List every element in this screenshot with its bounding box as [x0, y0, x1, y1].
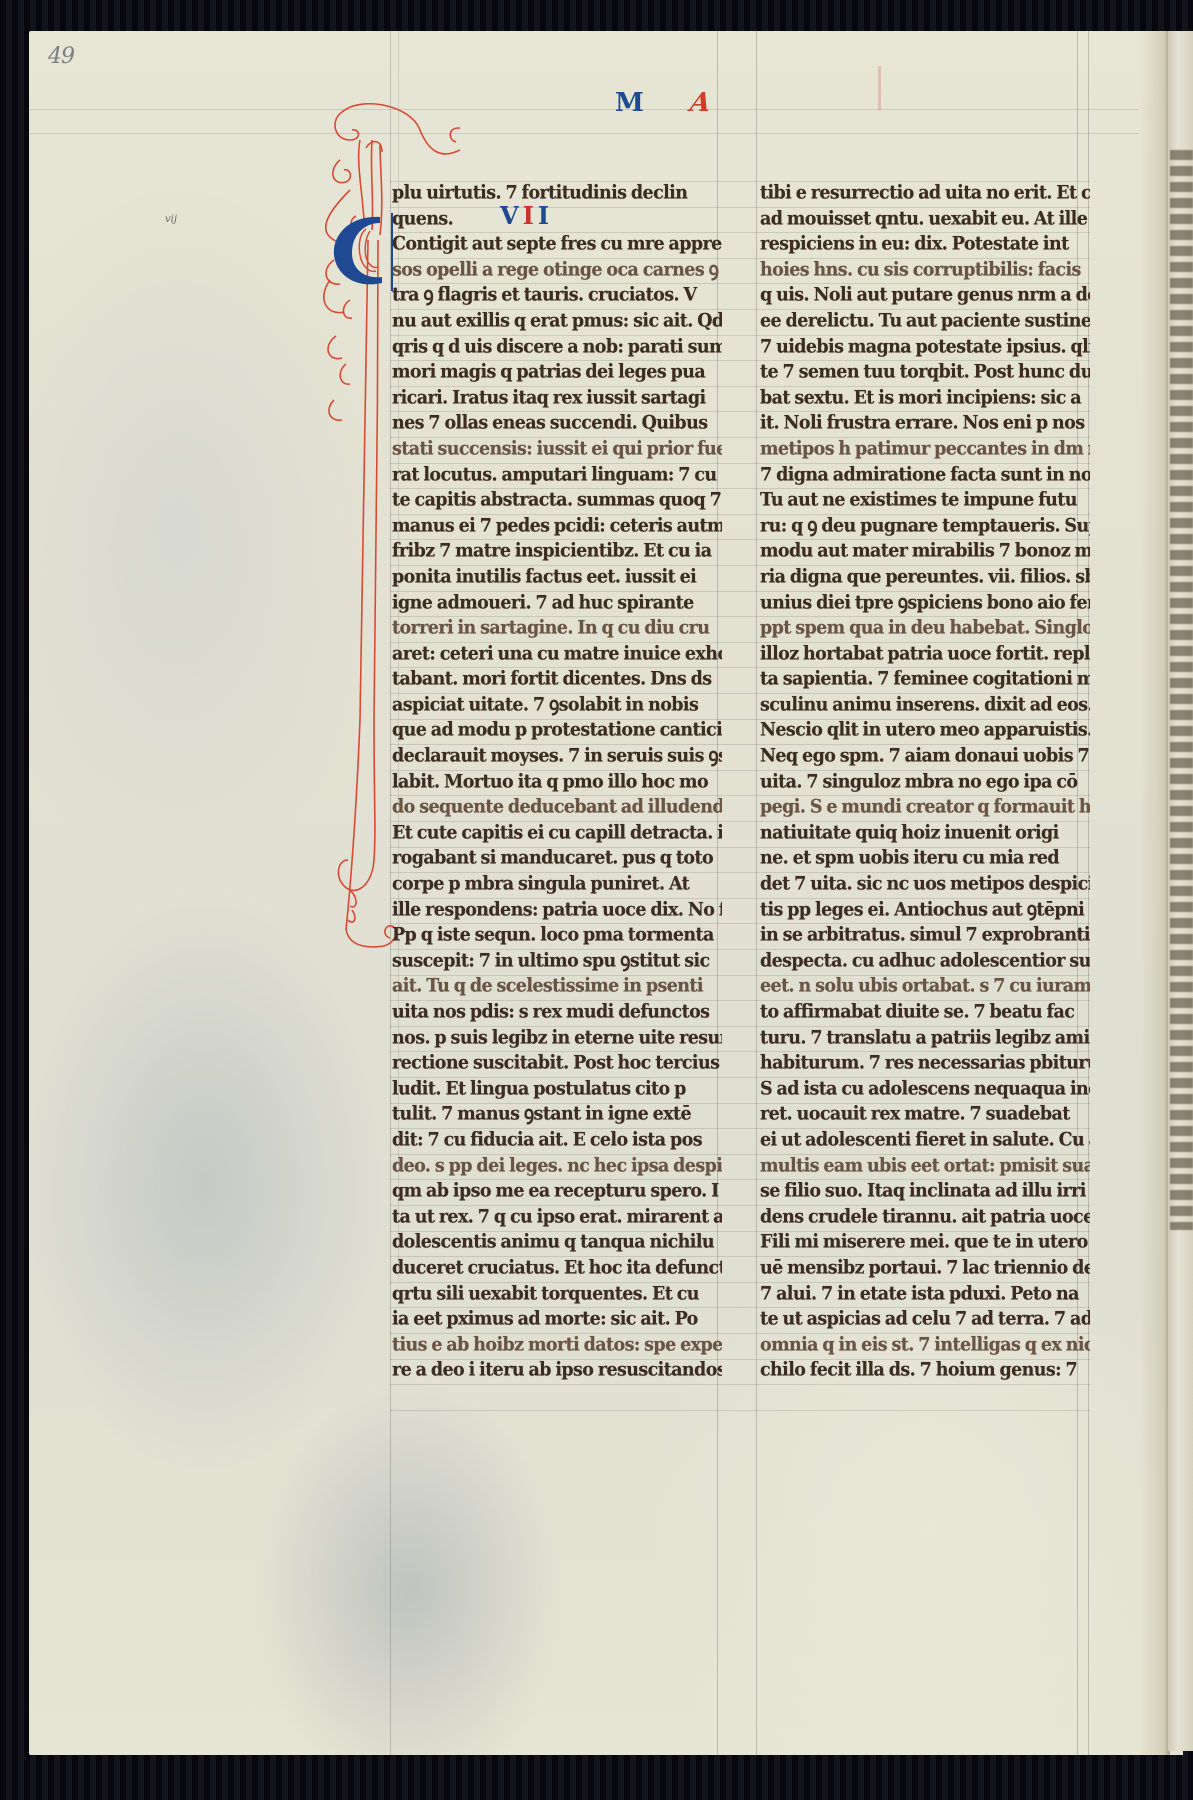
text-line: fribz 7 matre inspicientibz. Et cu ia	[392, 538, 722, 566]
text-line: dolescentis animu q tanqua nichilu	[392, 1229, 722, 1257]
text-line: 7 digna admiratione facta sunt in nobis.	[760, 462, 1090, 490]
text-line: uita nos pdis: s rex mudi defunctos	[392, 999, 722, 1027]
text-line: te capitis abstracta. summas quoq 7	[392, 487, 722, 515]
text-line: te 7 semen tuu torqbit. Post hunc duce	[760, 359, 1090, 387]
text-line: ta ut rex. 7 q cu ipso erat. mirarent a	[392, 1204, 722, 1232]
text-line: aspiciat uitate. 7 ꝯsolabit in nobis	[392, 692, 722, 720]
text-column-left: plu uirtutis. 7 fortitudinis declinquens…	[392, 181, 722, 1384]
text-line: tis pp leges ei. Antiochus aut ꝯtēpni	[760, 897, 1090, 925]
text-line: ria digna que pereuntes. vii. filios. sb	[760, 564, 1090, 592]
text-line: S ad ista cu adolescens nequaqua incha	[760, 1076, 1090, 1104]
text-line: stati succensis: iussit ei qui prior fue	[392, 436, 722, 464]
text-line: qrtu sili uexabit torquentes. Et cu	[392, 1281, 722, 1309]
text-line: ia eet pximus ad morte: sic ait. Po	[392, 1306, 722, 1334]
text-line: manus ei 7 pedes pcidi: ceteris autm	[392, 513, 722, 541]
text-line: Fili mi miserere mei. que te in utero no	[760, 1229, 1090, 1257]
text-line: duceret cruciatus. Et hoc ita defuncto:	[392, 1255, 722, 1283]
text-line: illoz hortabat patria uoce fortit. reple	[760, 641, 1090, 669]
text-line: qris q d uis discere a nob: parati sum	[392, 334, 722, 362]
text-line: mori magis q patrias dei leges pua	[392, 359, 722, 387]
text-line: metipos h patimur peccantes in dm nrm.	[760, 436, 1090, 464]
text-line: 7 uidebis magna potestate ipsius. qlit	[760, 334, 1090, 362]
text-line: despecta. cu adhuc adolescentior sup	[760, 948, 1090, 976]
text-line: te ut aspicias ad celu 7 ad terra. 7 ad	[760, 1306, 1090, 1334]
text-line: unius diei tpre ꝯspiciens bono aio fereb…	[760, 589, 1090, 617]
text-line: respiciens in eu: dix. Potestate int	[760, 231, 1090, 259]
text-line: tulit. 7 manus ꝯstant in igne extē	[392, 1101, 722, 1129]
text-line: dens crudele tirannu. ait patria uoce.	[760, 1204, 1090, 1232]
text-line: corpe p mbra singula puniret. At	[392, 871, 722, 899]
text-line: ee derelictu. Tu aut paciente sustine:	[760, 308, 1090, 336]
text-line: re a deo i iteru ab ipso resuscitandos.	[392, 1357, 722, 1385]
text-line: rectione suscitabit. Post hoc tercius il	[392, 1050, 722, 1078]
text-line: tibi e resurrectio ad uita no erit. Et c…	[760, 180, 1090, 208]
text-line: omnia q in eis st. 7 intelligas q ex nic	[760, 1332, 1090, 1360]
text-line: it. Noli frustra errare. Nos eni p nos	[760, 410, 1090, 438]
text-line: tius e ab hoibz morti datos: spe expecta	[392, 1332, 722, 1360]
text-line: bat sextu. Et is mori incipiens: sic a	[760, 385, 1090, 413]
text-line: rogabant si manducaret. pus q toto	[392, 845, 722, 873]
text-line: nu aut exillis q erat pmus: sic ait. Qd	[392, 308, 722, 336]
gutter-shadow	[1140, 31, 1170, 1755]
text-line: ta sapientia. 7 feminee cogitationi ma	[760, 666, 1090, 694]
text-line: declarauit moyses. 7 in seruis suis ꝯso	[392, 743, 722, 771]
text-line: ei ut adolescenti fieret in salute. Cu a…	[760, 1127, 1090, 1155]
text-line: hoies hns. cu sis corruptibilis: facis	[760, 257, 1090, 285]
text-line: do sequente deducebant ad illudendu.	[392, 794, 722, 822]
text-line: nes 7 ollas eneas succendi. Quibus	[392, 410, 722, 438]
text-line: qm ab ipso me ea recepturu spero. I	[392, 1178, 722, 1206]
text-line: ricari. Iratus itaq rex iussit sartagi	[392, 385, 722, 413]
text-line: ait. Tu q de scelestissime in psenti	[392, 973, 722, 1001]
text-line: Contigit aut septe fres cu mre appreh	[392, 231, 722, 259]
text-line: natiuitate quiq hoiz inuenit origi	[760, 820, 1090, 848]
text-line: ponita inutilis factus eet. iussit ei	[392, 564, 722, 592]
margin-annotation: vij	[165, 214, 177, 225]
text-line: sculinu animu inserens. dixit ad eos.	[760, 692, 1090, 720]
text-line: Tu aut ne existimes te impune futu	[760, 487, 1090, 515]
facing-page-text	[1170, 150, 1193, 1230]
text-line: ppt spem qua in deu habebat. Singlos	[760, 615, 1090, 643]
text-line: q uis. Noli aut putare genus nrm a do	[760, 282, 1090, 310]
text-line: ret. uocauit rex matre. 7 suadebat	[760, 1101, 1090, 1129]
text-line: uita. 7 singuloz mbra no ego ipa cō	[760, 769, 1090, 797]
text-column-right: tibi e resurrectio ad uita no erit. Et c…	[760, 181, 1090, 1384]
text-line: deo. s pp dei leges. nc hec ipsa despici…	[392, 1153, 722, 1181]
text-line: chilo fecit illa ds. 7 hoium genus: 7	[760, 1357, 1090, 1385]
text-line: uē mensibz portaui. 7 lac triennio dedi.	[760, 1255, 1090, 1283]
running-head-left-letter: M	[615, 88, 644, 118]
text-line: tra ꝯ flagris et tauris. cruciatos. V	[392, 282, 722, 310]
text-line: Pp q iste sequn. loco pma tormenta	[392, 922, 722, 950]
text-line: ru: q ꝯ deu pugnare temptaueris. Supra	[760, 513, 1090, 541]
text-line: habiturum. 7 res necessarias pbiturum.	[760, 1050, 1090, 1078]
text-line: torreri in sartagine. In q cu diu cru	[392, 615, 722, 643]
text-line: pegi. S e mundi creator q formauit hois	[760, 794, 1090, 822]
text-line: ludit. Et lingua postulatus cito p	[392, 1076, 722, 1104]
folio-number: 49	[48, 44, 74, 69]
text-line: quens.	[392, 206, 722, 234]
text-line: eet. n solu ubis ortabat. s 7 cu iurame	[760, 973, 1090, 1001]
text-line: aret: ceteri una cu matre inuice exhor	[392, 641, 722, 669]
text-line: Neq ego spm. 7 aiam donaui uobis 7	[760, 743, 1090, 771]
text-line: nos. p suis legibz in eterne uite resur	[392, 1025, 722, 1053]
illuminated-initial-c	[330, 211, 400, 291]
text-line: ille respondens: patria uoce dix. No fac…	[392, 897, 722, 925]
faint-red-mark	[878, 66, 881, 110]
text-line: ad mouisset qntu. uexabit eu. At ille	[760, 206, 1090, 234]
text-line: rat locutus. amputari linguam: 7 cu	[392, 462, 722, 490]
text-line: Et cute capitis ei cu capill detracta. i…	[392, 820, 722, 848]
text-line: igne admoueri. 7 ad huc spirante	[392, 589, 722, 617]
text-line: plu uirtutis. 7 fortitudinis declin	[392, 180, 722, 208]
ruling-line	[390, 1410, 1090, 1411]
text-line: det 7 uita. sic nc uos metipos despici	[760, 871, 1090, 899]
text-line: turu. 7 translatu a patriis legibz amicu	[760, 1025, 1090, 1053]
text-line: 7 alui. 7 in etate ista pduxi. Peto na	[760, 1281, 1090, 1309]
text-line: in se arbitratus. simul 7 exprobrantis u…	[760, 922, 1090, 950]
text-line: que ad modu p protestatione cantici	[392, 717, 722, 745]
text-line: dit: 7 cu fiducia ait. E celo ista pos	[392, 1127, 722, 1155]
text-line: modu aut mater mirabilis 7 bonoz memo	[760, 538, 1090, 566]
text-line: tabant. mori fortit dicentes. Dns ds	[392, 666, 722, 694]
text-line: to affirmabat diuite se. 7 beatu fac	[760, 999, 1090, 1027]
text-line: ne. et spm uobis iteru cu mia red	[760, 845, 1090, 873]
text-line: multis eam ubis eet ortat: pmisit suasur…	[760, 1153, 1090, 1181]
text-line: labit. Mortuo ita q pmo illo hoc mo	[392, 769, 722, 797]
text-line: se filio suo. Itaq inclinata ad illu irr…	[760, 1178, 1090, 1206]
text-line: sos opelli a rege otinge oca carnes ꝯ	[392, 257, 722, 285]
text-line: suscepit: 7 in ultimo spu ꝯstitut sic	[392, 948, 722, 976]
text-line: Nescio qlit in utero meo apparuistis.	[760, 717, 1090, 745]
